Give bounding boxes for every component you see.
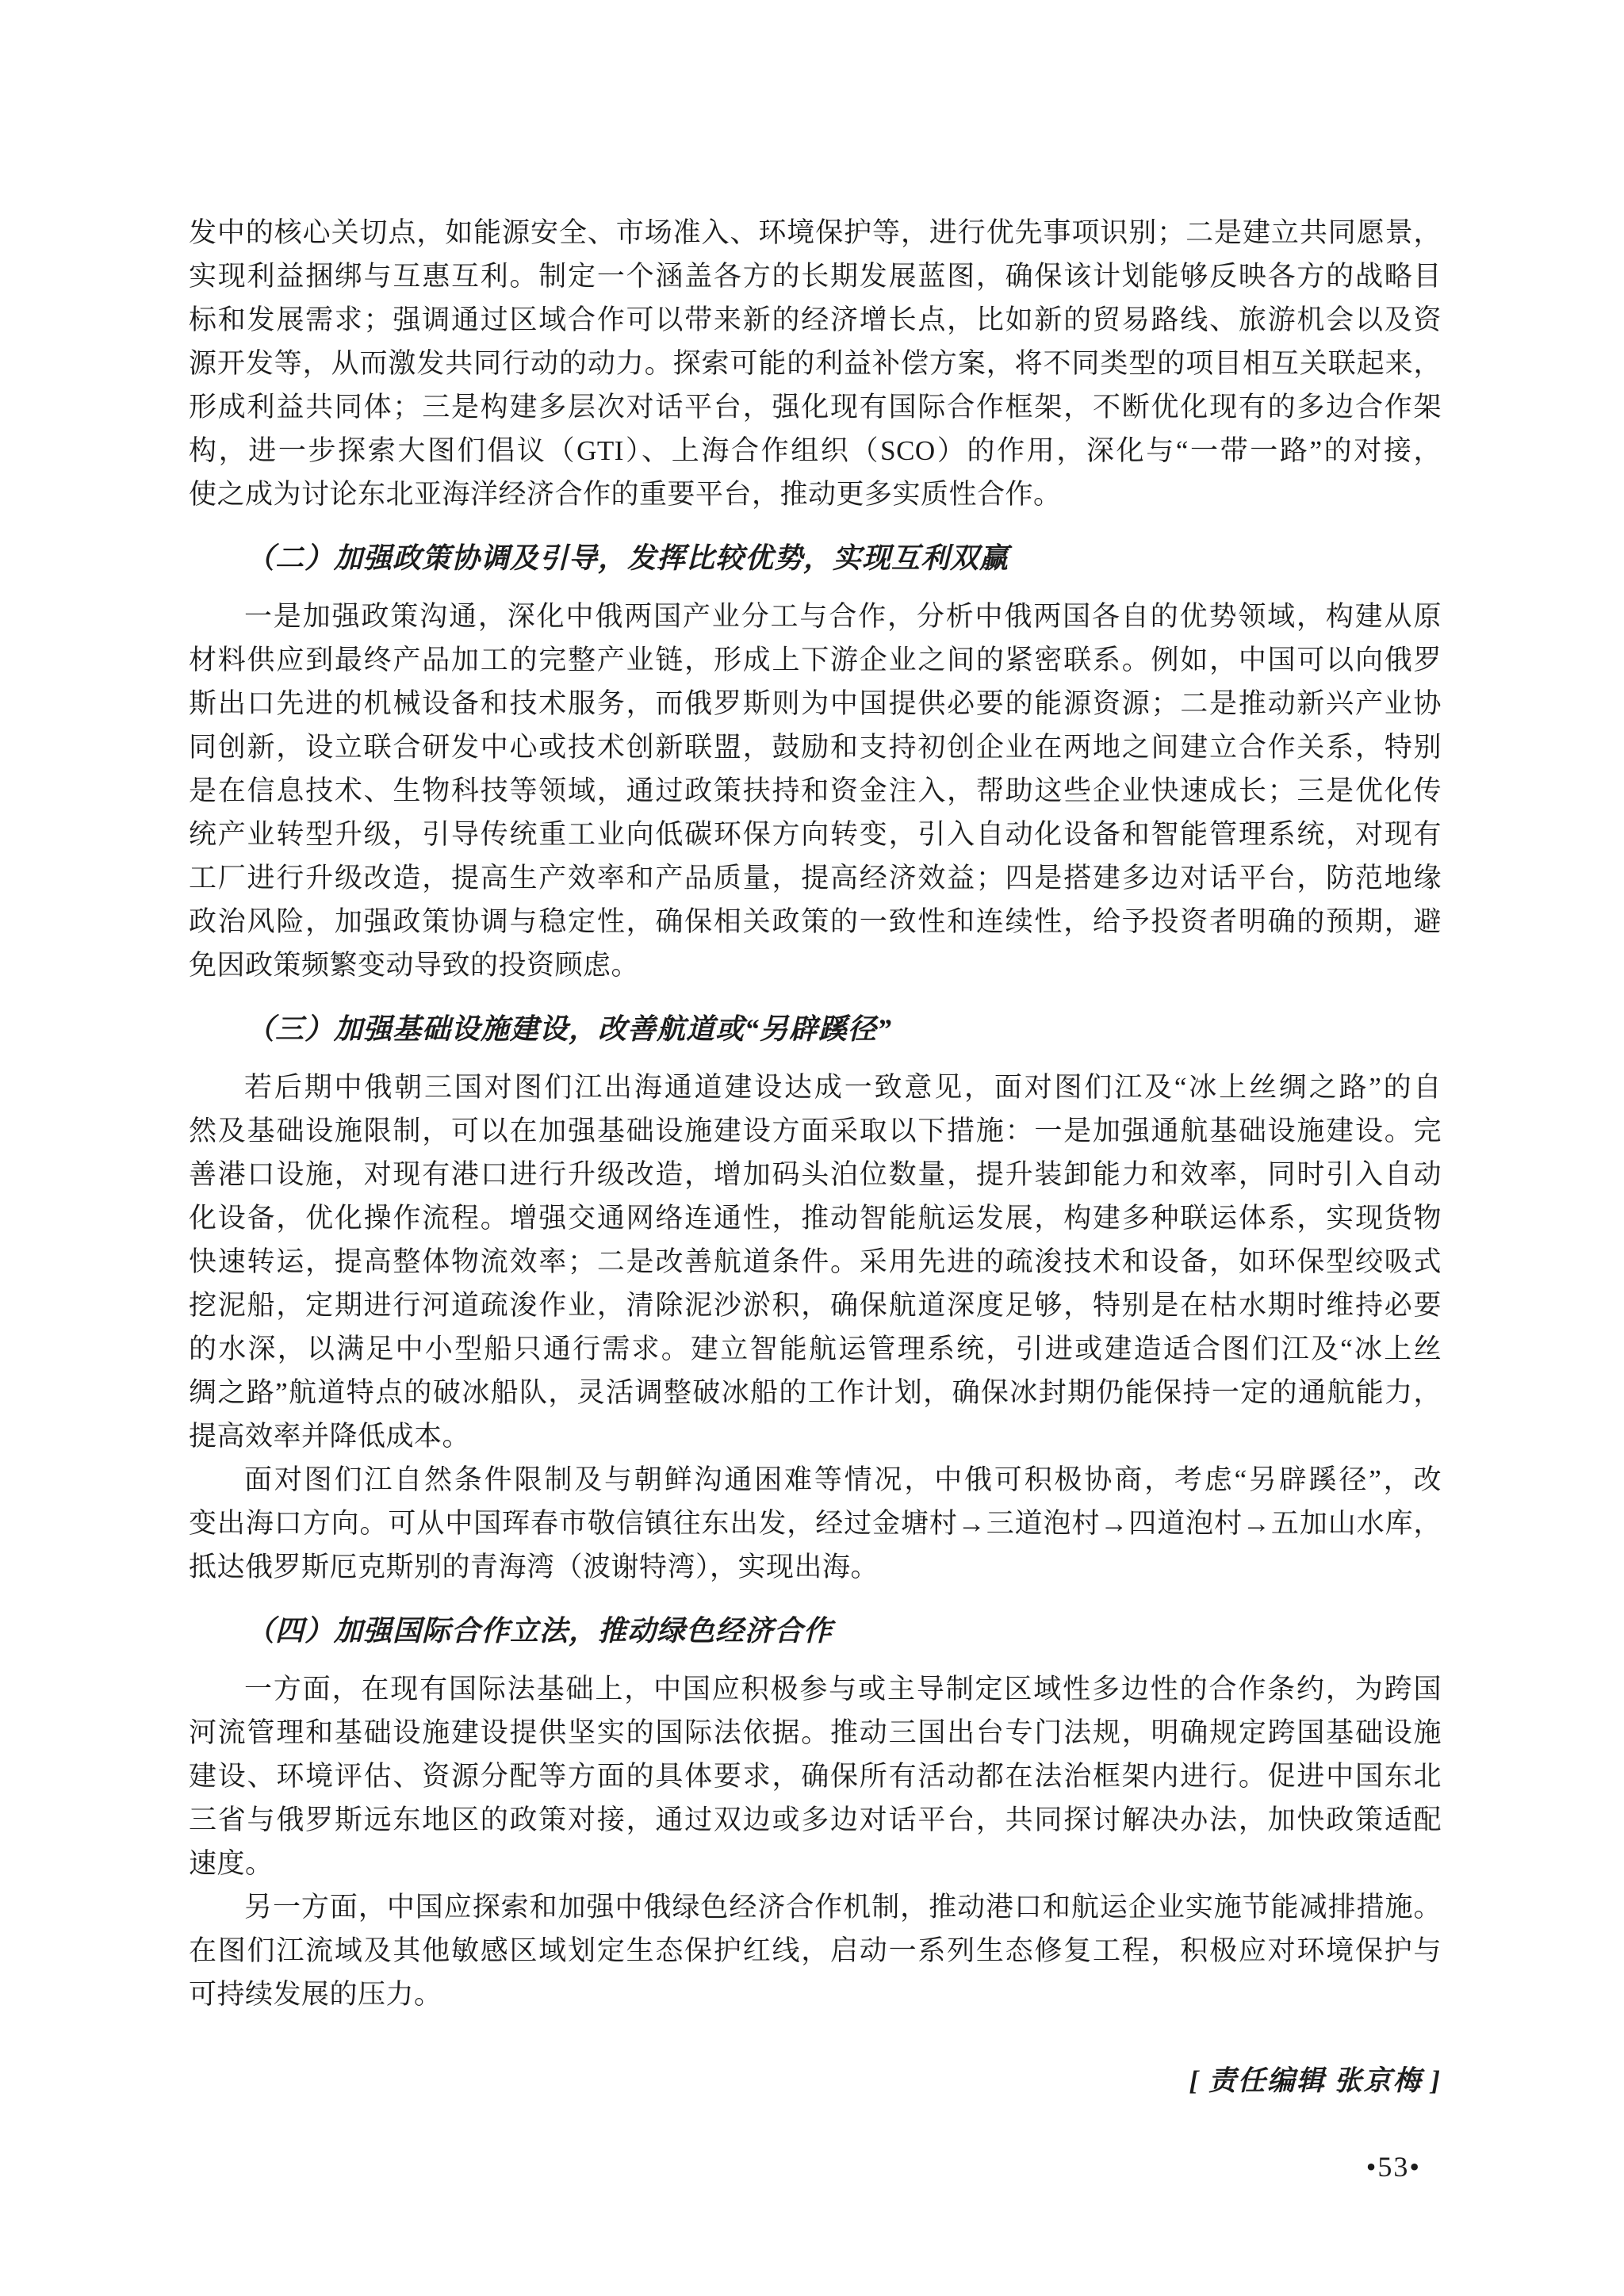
text-line: 速度。 <box>189 1842 1442 1885</box>
text-line: 一是加强政策沟通，深化中俄两国产业分工与合作，分析中俄两国各自的优势领域，构建从… <box>189 595 1442 638</box>
section-heading-2: （二）加强政策协调及引导，发挥比较优势，实现互利双赢 <box>189 537 1442 580</box>
paragraph-continuation: 发中的核心关切点，如能源安全、市场准入、环境保护等，进行优先事项识别；二是建立共… <box>189 211 1442 516</box>
text-line: 免因政策频繁变动导致的投资顾虑。 <box>189 943 1442 987</box>
text-line: 绸之路”航道特点的破冰船队，灵活调整破冰船的工作计划，确保冰封期仍能保持一定的通… <box>189 1371 1442 1414</box>
paragraph-legislation: 一方面，在现有国际法基础上，中国应积极参与或主导制定区域性多边性的合作条约，为跨… <box>189 1667 1442 1885</box>
text-line: 源开发等，从而激发共同行动的动力。探索可能的利益补偿方案，将不同类型的项目相互关… <box>189 342 1442 385</box>
paragraph-alternative-route: 面对图们江自然条件限制及与朝鲜沟通困难等情况，中俄可积极协商，考虑“另辟蹊径”，… <box>189 1458 1442 1589</box>
editor-credit: [ 责任编辑 张京梅 ] <box>189 2059 1442 2103</box>
text-line: 面对图们江自然条件限制及与朝鲜沟通困难等情况，中俄可积极协商，考虑“另辟蹊径”，… <box>189 1458 1442 1502</box>
text-line: 发中的核心关切点，如能源安全、市场准入、环境保护等，进行优先事项识别；二是建立共… <box>189 211 1442 254</box>
text-line: 是在信息技术、生物科技等领域，通过政策扶持和资金注入，帮助这些企业快速成长；三是… <box>189 769 1442 813</box>
text-line: 建设、环境评估、资源分配等方面的具体要求，确保所有活动都在法治框架内进行。促进中… <box>189 1755 1442 1798</box>
text-line: 然及基础设施限制，可以在加强基础设施建设方面采取以下措施：一是加强通航基础设施建… <box>189 1109 1442 1153</box>
text-line: 在图们江流域及其他敏感区域划定生态保护红线，启动一系列生态修复工程，积极应对环境… <box>189 1929 1442 1973</box>
text-column: 发中的核心关切点，如能源安全、市场准入、环境保护等，进行优先事项识别；二是建立共… <box>189 211 1442 2187</box>
paragraph-green-economy: 另一方面，中国应探索和加强中俄绿色经济合作机制，推动港口和航运企业实施节能减排措… <box>189 1885 1442 2016</box>
text-line: 另一方面，中国应探索和加强中俄绿色经济合作机制，推动港口和航运企业实施节能减排措… <box>189 1885 1442 1929</box>
text-line: 三省与俄罗斯远东地区的政策对接，通过双边或多边对话平台，共同探讨解决办法，加快政… <box>189 1798 1442 1842</box>
document-body: 发中的核心关切点，如能源安全、市场准入、环境保护等，进行优先事项识别；二是建立共… <box>189 211 1442 2016</box>
text-line: 变出海口方向。可从中国珲春市敬信镇往东出发，经过金塘村→三道泡村→四道泡村→五加… <box>189 1502 1442 1545</box>
text-line: 可持续发展的压力。 <box>189 1973 1442 2016</box>
paragraph-infrastructure: 若后期中俄朝三国对图们江出海通道建设达成一致意见，面对图们江及“冰上丝绸之路”的… <box>189 1066 1442 1458</box>
section-heading-4: （四）加强国际合作立法，推动绿色经济合作 <box>189 1609 1442 1653</box>
text-line: 形成利益共同体；三是构建多层次对话平台，强化现有国际合作框架，不断优化现有的多边… <box>189 385 1442 429</box>
text-line: 材料供应到最终产品加工的完整产业链，形成上下游企业之间的紧密联系。例如，中国可以… <box>189 638 1442 682</box>
journal-page: 发中的核心关切点，如能源安全、市场准入、环境保护等，进行优先事项识别；二是建立共… <box>0 0 1624 2296</box>
section-heading-3: （三）加强基础设施建设，改善航道或“另辟蹊径” <box>189 1008 1442 1051</box>
text-line: 统产业转型升级，引导传统重工业向低碳环保方向转变，引入自动化设备和智能管理系统，… <box>189 813 1442 856</box>
text-line: 挖泥船，定期进行河道疏浚作业，清除泥沙淤积，确保航道深度足够，特别是在枯水期时维… <box>189 1284 1442 1327</box>
paragraph-policy-coordination: 一是加强政策沟通，深化中俄两国产业分工与合作，分析中俄两国各自的优势领域，构建从… <box>189 595 1442 987</box>
text-line: 使之成为讨论东北亚海洋经济合作的重要平台，推动更多实质性合作。 <box>189 473 1442 516</box>
text-line: 河流管理和基础设施建设提供坚实的国际法依据。推动三国出台专门法规，明确规定跨国基… <box>189 1711 1442 1755</box>
text-line: 一方面，在现有国际法基础上，中国应积极参与或主导制定区域性多边性的合作条约，为跨… <box>189 1667 1442 1711</box>
text-line: 若后期中俄朝三国对图们江出海通道建设达成一致意见，面对图们江及“冰上丝绸之路”的… <box>189 1066 1442 1109</box>
text-line: 快速转运，提高整体物流效率；二是改善航道条件。采用先进的疏浚技术和设备，如环保型… <box>189 1240 1442 1284</box>
text-line: 同创新，设立联合研发中心或技术创新联盟，鼓励和支持初创企业在两地之间建立合作关系… <box>189 725 1442 769</box>
text-line: 的水深，以满足中小型船只通行需求。建立智能航运管理系统，引进或建造适合图们江及“… <box>189 1327 1442 1371</box>
text-line: 提高效率并降低成本。 <box>189 1414 1442 1458</box>
text-line: 工厂进行升级改造，提高生产效率和产品质量，提高经济效益；四是搭建多边对话平台，防… <box>189 856 1442 900</box>
text-line: 斯出口先进的机械设备和技术服务，而俄罗斯则为中国提供必要的能源资源；二是推动新兴… <box>189 682 1442 725</box>
text-line: 实现利益捆绑与互惠互利。制定一个涵盖各方的长期发展蓝图，确保该计划能够反映各方的… <box>189 254 1442 298</box>
text-line: 政治风险，加强政策协调与稳定性，确保相关政策的一致性和连续性，给予投资者明确的预… <box>189 900 1442 943</box>
text-line: 标和发展需求；强调通过区域合作可以带来新的经济增长点，比如新的贸易路线、旅游机会… <box>189 298 1442 342</box>
text-line: 化设备，优化操作流程。增强交通网络连通性，推动智能航运发展，构建多种联运体系，实… <box>189 1196 1442 1240</box>
text-line: 善港口设施，对现有港口进行升级改造，增加码头泊位数量，提升装卸能力和效率，同时引… <box>189 1153 1442 1196</box>
text-line: 构，进一步探索大图们倡议（GTI）、上海合作组织（SCO）的作用，深化与“一带一… <box>189 429 1442 473</box>
page-number: •53• <box>189 2147 1442 2187</box>
text-line: 抵达俄罗斯厄克斯别的青海湾（波谢特湾），实现出海。 <box>189 1545 1442 1589</box>
